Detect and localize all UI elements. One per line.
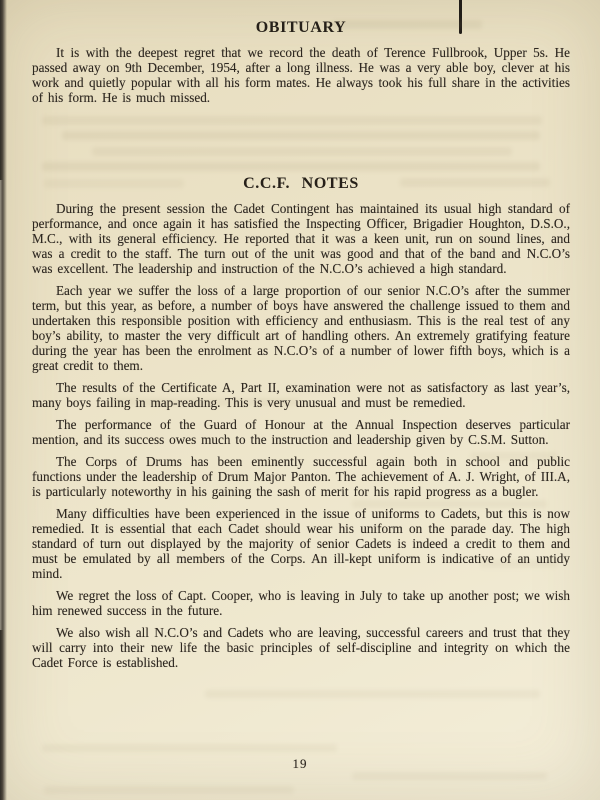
section-obituary: OBITUARY It is with the deepest regret t…	[32, 19, 570, 105]
ccf-notes-heading: C.C.F. NOTES	[32, 175, 570, 193]
page-number: 19	[0, 756, 600, 772]
ccf-paragraph: Each year we suffer the loss of a large …	[32, 283, 570, 373]
ccf-paragraph: Many difficulties have been experienced …	[32, 506, 570, 581]
ccf-paragraph: The performance of the Guard of Honour a…	[32, 417, 570, 447]
ccf-paragraph: The Corps of Drums has been eminently su…	[32, 454, 570, 499]
ccf-paragraph: The results of the Certificate A, Part I…	[32, 380, 570, 410]
obituary-paragraph: It is with the deepest regret that we re…	[32, 45, 570, 105]
section-ccf-notes: C.C.F. NOTES During the present session …	[32, 175, 570, 670]
ccf-paragraph: During the present session the Cadet Con…	[32, 201, 570, 276]
obituary-heading: OBITUARY	[32, 19, 570, 37]
ccf-paragraph: We regret the loss of Capt. Cooper, who …	[32, 588, 570, 618]
ccf-paragraph: We also wish all N.C.O’s and Cadets who …	[32, 625, 570, 670]
page-content: OBITUARY It is with the deepest regret t…	[0, 0, 600, 800]
scanned-page: OBITUARY It is with the deepest regret t…	[0, 0, 600, 800]
